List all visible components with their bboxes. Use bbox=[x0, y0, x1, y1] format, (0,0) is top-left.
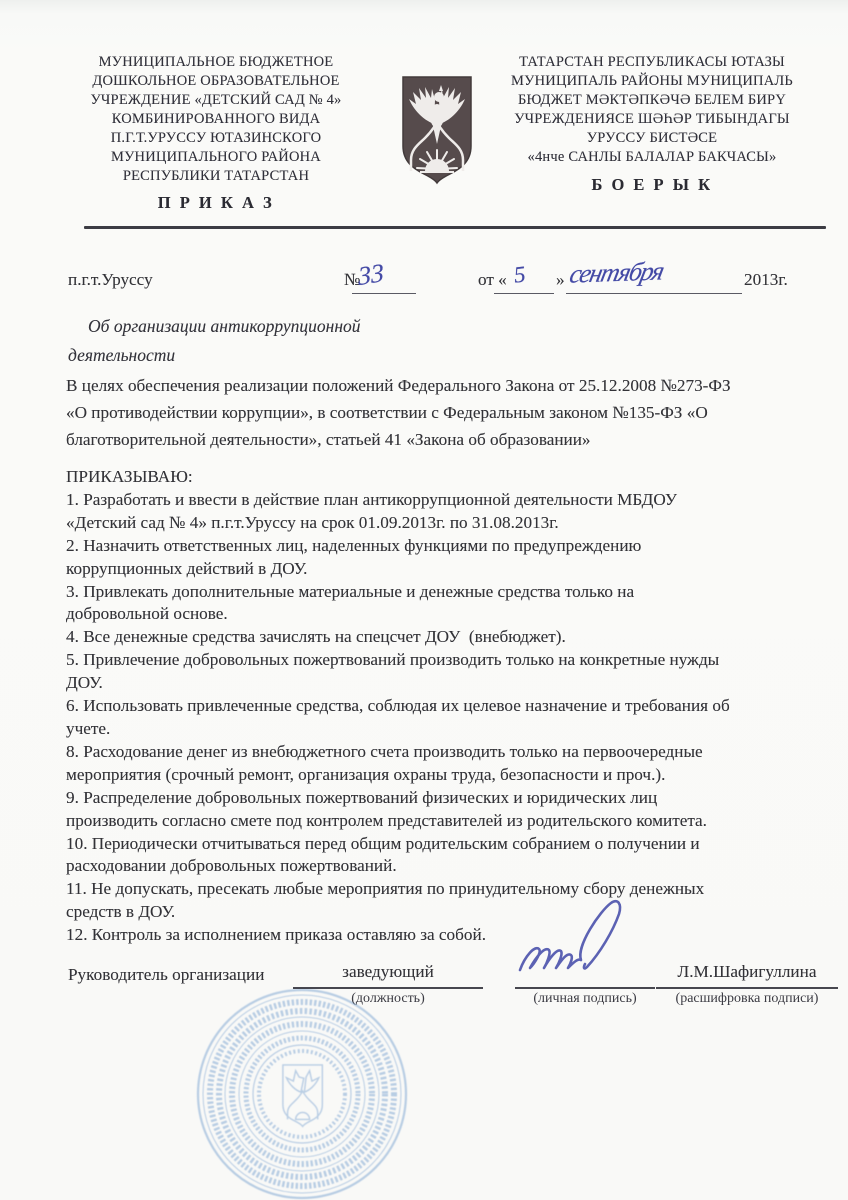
number-blank-line bbox=[352, 292, 416, 294]
document-type-prikaz: П Р И К А З bbox=[55, 193, 377, 213]
org-name-russian: МУНИЦИПАЛЬНОЕ БЮДЖЕТНОЕ ДОШКОЛЬНОЕ ОБРАЗ… bbox=[55, 53, 377, 186]
org-line: УЧРЕЖДЕНИЕ «ДЕТСКИЙ САД № 4» bbox=[55, 91, 377, 110]
scanned-order-document: МУНИЦИПАЛЬНОЕ БЮДЖЕТНОЕ ДОШКОЛЬНОЕ ОБРАЗ… bbox=[0, 0, 848, 1200]
handwritten-signature bbox=[512, 898, 662, 998]
handwritten-order-number: 33 bbox=[357, 258, 384, 292]
coat-of-arms-icon bbox=[398, 72, 476, 191]
order-item: 10. Периодически отчитываться перед общи… bbox=[66, 833, 828, 879]
year-label: 2013г. bbox=[744, 270, 788, 290]
org-name-tatar: ТАТАРСТАН РЕСПУБЛИКАСЫ ЮТАЗЫ МУНИЦИПАЛЬ … bbox=[478, 53, 826, 167]
document-type-boeryk: Б О Е Р Ы К bbox=[478, 175, 826, 195]
header-divider-rule bbox=[84, 226, 826, 229]
order-item: 2. Назначить ответственных лиц, наделенн… bbox=[66, 535, 828, 581]
order-item: 1. Разработать и ввести в действие план … bbox=[66, 489, 828, 535]
subject-line: деятельности bbox=[68, 341, 498, 370]
month-blank-line bbox=[566, 292, 742, 294]
org-line: УРУССУ БИСТӘСЕ bbox=[478, 129, 826, 148]
org-line: РЕСПУБЛИКИ ТАТАРСТАН bbox=[55, 167, 377, 186]
name-caption: (расшифровка подписи) bbox=[656, 991, 838, 1007]
org-line: ТАТАРСТАН РЕСПУБЛИКАСЫ ЮТАЗЫ bbox=[478, 53, 826, 72]
name-field: Л.М.Шафигуллина (расшифровка подписи) bbox=[656, 962, 838, 1007]
subject-line: Об организации антикоррупционной bbox=[68, 312, 498, 341]
org-line: МУНИЦИПАЛЬ РАЙОНЫ МУНИЦИПАЛЬ bbox=[478, 72, 826, 91]
org-line: МУНИЦИПАЛЬНОЕ БЮДЖЕТНОЕ bbox=[55, 53, 377, 72]
order-subject: Об организации антикоррупционной деятель… bbox=[68, 312, 498, 370]
org-line: КОМБИНИРОВАННОГО ВИДА bbox=[55, 110, 377, 129]
org-line: МУНИЦИПАЛЬНОГО РАЙОНА bbox=[55, 148, 377, 167]
org-line: БЮДЖЕТ МӘКТӘПКӘЧӘ БЕЛЕМ БИРҮ bbox=[478, 91, 826, 110]
date-close-quote: » bbox=[556, 270, 565, 290]
order-item: 4. Все денежные средства зачислять на сп… bbox=[66, 626, 828, 649]
handwritten-day: 5 bbox=[513, 261, 527, 288]
order-heading: ПРИКАЗЫВАЮ: bbox=[66, 466, 828, 489]
order-item: 11. Не допускать, пресекать любые меропр… bbox=[66, 878, 828, 924]
place-label: п.г.т.Уруссу bbox=[68, 270, 153, 290]
day-blank-line bbox=[494, 292, 554, 294]
order-item: 6. Использовать привлеченные средства, с… bbox=[66, 695, 828, 741]
order-items: ПРИКАЗЫВАЮ: 1. Разработать и ввести в де… bbox=[66, 466, 828, 947]
preamble-paragraph: В целях обеспечения реализации положений… bbox=[66, 372, 826, 453]
round-stamp bbox=[190, 982, 416, 1200]
org-line: УЧРЕЖДЕНИЯСЕ ШӘҺӘР ТИБЫНДАГЫ bbox=[478, 110, 826, 129]
date-prefix: от « bbox=[478, 270, 507, 290]
handwritten-month: сентября bbox=[567, 256, 666, 289]
order-item: 8. Расходование денег из внебюджетного с… bbox=[66, 741, 828, 787]
org-line: ДОШКОЛЬНОЕ ОБРАЗОВАТЕЛЬНОЕ bbox=[55, 72, 377, 91]
number-date-line: п.г.т.Уруссу № 33 от « 5 » сентября 2013… bbox=[0, 266, 848, 306]
org-line: П.Г.Т.УРУССУ ЮТАЗИНСКОГО bbox=[55, 129, 377, 148]
order-item: 9. Распределение добровольных пожертвова… bbox=[66, 787, 828, 833]
signer-name: Л.М.Шафигуллина bbox=[656, 962, 838, 989]
order-item: 3. Привлекать дополнительные материальны… bbox=[66, 581, 828, 627]
order-item: 5. Привлечение добровольных пожертвовани… bbox=[66, 649, 828, 695]
org-line: «4нче САНЛЫ БАЛАЛАР БАКЧАСЫ» bbox=[478, 148, 826, 167]
order-item: 12. Контроль за исполнением приказа оста… bbox=[66, 924, 828, 947]
